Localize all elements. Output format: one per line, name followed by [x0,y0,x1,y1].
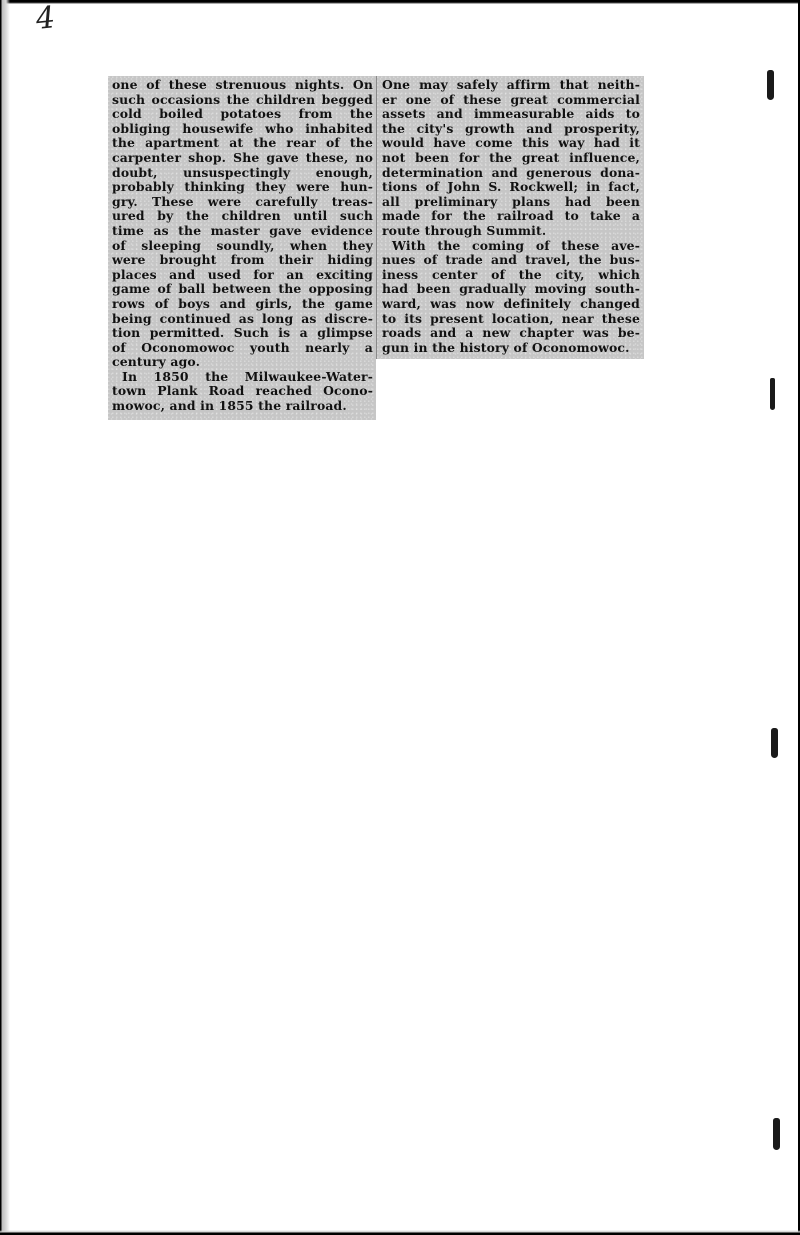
text-line: One may safely affirm that neith- [382,78,640,93]
text-line: carpenter shop. She gave these, no [112,151,373,166]
text-line: ward, was now definitely changed [382,297,640,312]
text-line: were brought from their hiding [112,253,373,268]
text-line: game of ball between the opposing [112,282,373,297]
binding-hole-mark-4 [773,1118,780,1150]
text-line: places and used for an exciting [112,268,373,283]
text-line: gun in the history of Oconomowoc. [382,341,640,356]
text-line: would have come this way had it [382,136,640,151]
text-line: With the coming of these ave- [382,239,640,254]
scan-border-bottom [0,1230,800,1235]
text-line: the city's growth and prosperity, [382,122,640,137]
text-line: obliging housewife who inhabited [112,122,373,137]
binding-hole-mark-3 [771,728,778,758]
scan-border-top [0,0,800,4]
text-line: town Plank Road reached Ocono- [112,384,373,399]
text-line: route through Summit. [382,224,640,239]
text-line: time as the master gave evidence [112,224,373,239]
text-line: century ago. [112,355,373,370]
binding-hole-mark-2 [770,378,775,410]
text-line: all preliminary plans had been [382,195,640,210]
text-line: determination and generous dona- [382,166,640,181]
text-line: doubt, unsuspectingly enough, [112,166,373,181]
text-line: assets and immeasurable aids to [382,107,640,122]
text-line: to its present location, near these [382,312,640,327]
text-line: cold boiled potatoes from the [112,107,373,122]
text-line: of sleeping soundly, when they [112,239,373,254]
text-line: nues of trade and travel, the bus- [382,253,640,268]
scan-border-left [0,0,10,1235]
text-line: ured by the children until such [112,209,373,224]
text-line: being continued as long as discre- [112,312,373,327]
right-column-text: One may safely affirm that neith-er one … [382,78,640,355]
text-line: tion permitted. Such is a glimpse [112,326,373,341]
left-column-text: one of these strenuous nights. Onsuch oc… [112,78,373,414]
text-line: one of these strenuous nights. On [112,78,373,93]
newspaper-clipping-left-column: one of these strenuous nights. Onsuch oc… [108,76,376,420]
text-line: In 1850 the Milwaukee-Water- [112,370,373,385]
text-line: tions of John S. Rockwell; in fact, [382,180,640,195]
text-line: iness center of the city, which [382,268,640,283]
text-line: mowoc, and in 1855 the railroad. [112,399,373,414]
text-line: had been gradually moving south- [382,282,640,297]
text-line: the apartment at the rear of the [112,136,373,151]
text-line: roads and a new chapter was be- [382,326,640,341]
text-line: not been for the great influence, [382,151,640,166]
text-line: gry. These were carefully treas- [112,195,373,210]
newspaper-clipping-right-column: One may safely affirm that neith-er one … [376,76,644,359]
text-line: of Oconomowoc youth nearly a [112,341,373,356]
text-line: er one of these great commercial [382,93,640,108]
text-line: rows of boys and girls, the game [112,297,373,312]
handwritten-page-number: 4 [34,3,56,35]
text-line: made for the railroad to take a [382,209,640,224]
binding-hole-mark-1 [767,70,774,100]
text-line: such occasions the children begged [112,93,373,108]
text-line: probably thinking they were hun- [112,180,373,195]
